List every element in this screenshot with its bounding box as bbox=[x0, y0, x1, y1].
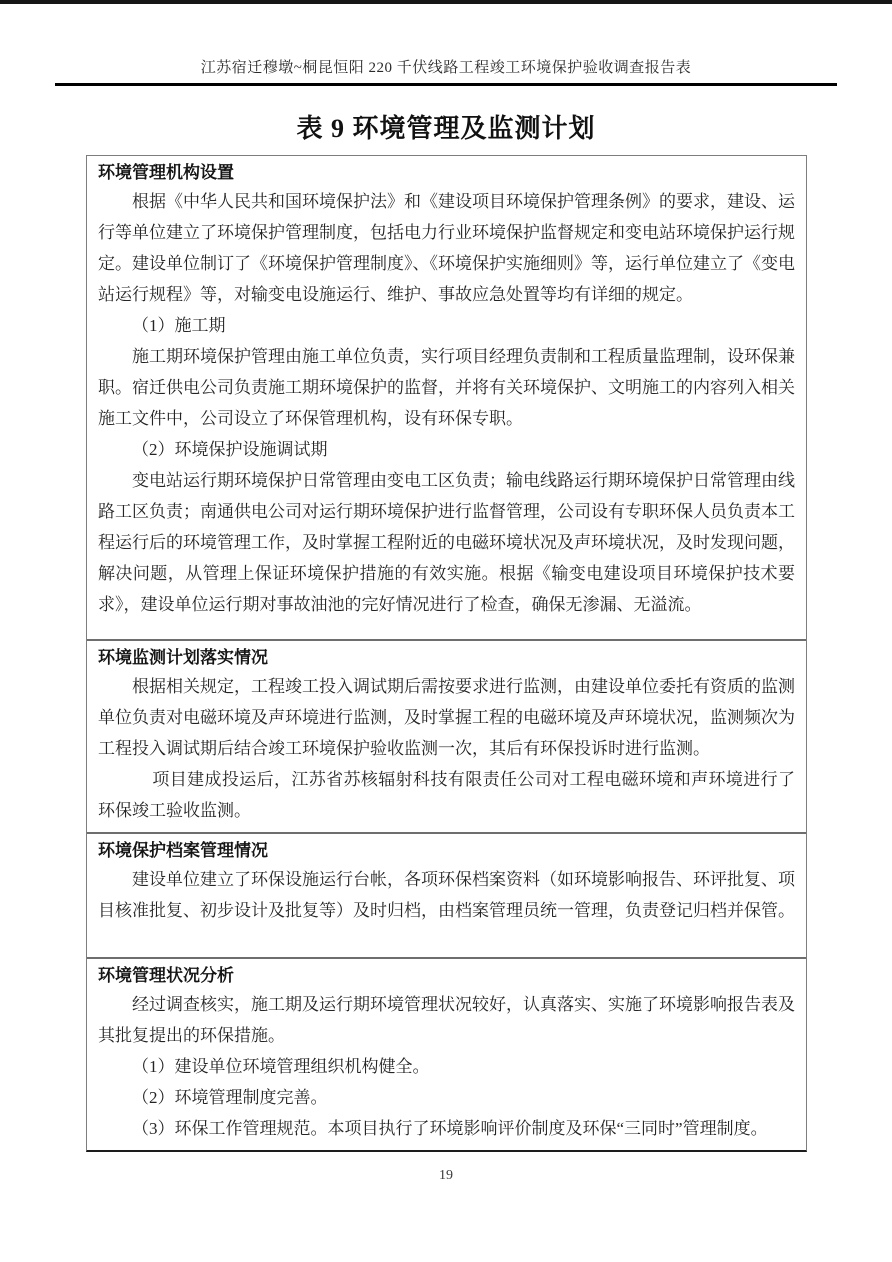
paragraph: （1）建设单位环境管理组织机构健全。 bbox=[98, 1051, 795, 1082]
section-header: 环境监测计划落实情况 bbox=[98, 645, 795, 671]
section-archive-management: 环境保护档案管理情况 建设单位建立了环保设施运行台帐，各项环保档案资料（如环境影… bbox=[87, 832, 806, 957]
paragraph: 根据《中华人民共和国环境保护法》和《建设项目环境保护管理条例》的要求，建设、运行… bbox=[98, 186, 795, 310]
scan-edge-strip bbox=[0, 0, 892, 4]
section-header: 环境管理状况分析 bbox=[98, 963, 795, 989]
section-monitoring-plan: 环境监测计划落实情况 根据相关规定，工程竣工投入调试期后需按要求进行监测，由建设… bbox=[87, 639, 806, 832]
section-header: 环境管理机构设置 bbox=[98, 160, 795, 186]
paragraph: 变电站运行期环境保护日常管理由变电工区负责；输电线路运行期环境保护日常管理由线路… bbox=[98, 465, 795, 620]
page-number: 19 bbox=[0, 1168, 892, 1184]
document-page: 江苏宿迁穆墩~桐昆恒阳 220 千伏线路工程竣工环境保护验收调查报告表 表 9 … bbox=[0, 0, 892, 1262]
paragraph: 根据相关规定，工程竣工投入调试期后需按要求进行监测，由建设单位委托有资质的监测单… bbox=[98, 671, 795, 764]
paragraph: （1）施工期 bbox=[98, 310, 795, 341]
page-title: 表 9 环境管理及监测计划 bbox=[0, 108, 892, 145]
section-header: 环境保护档案管理情况 bbox=[98, 838, 795, 864]
paragraph: （3）环保工作管理规范。本项目执行了环境影响评价制度及环保“三同时”管理制度。 bbox=[98, 1113, 795, 1144]
paragraph: 建设单位建立了环保设施运行台帐，各项环保档案资料（如环境影响报告、环评批复、项目… bbox=[98, 864, 795, 926]
paragraph: 施工期环境保护管理由施工单位负责，实行项目经理负责制和工程质量监理制，设环保兼职… bbox=[98, 341, 795, 434]
document-header-title: 江苏宿迁穆墩~桐昆恒阳 220 千伏线路工程竣工环境保护验收调查报告表 bbox=[55, 56, 837, 86]
paragraph: （2）环境保护设施调试期 bbox=[98, 434, 795, 465]
paragraph: （2）环境管理制度完善。 bbox=[98, 1082, 795, 1113]
paragraph: 经过调查核实，施工期及运行期环境管理状况较好，认真落实、实施了环境影响报告表及其… bbox=[98, 989, 795, 1051]
report-table: 环境管理机构设置 根据《中华人民共和国环境保护法》和《建设项目环境保护管理条例》… bbox=[86, 155, 807, 1152]
paragraph: 项目建成投运后，江苏省苏核辐射科技有限责任公司对工程电磁环境和声环境进行了环保竣… bbox=[98, 764, 795, 826]
section-env-management-setup: 环境管理机构设置 根据《中华人民共和国环境保护法》和《建设项目环境保护管理条例》… bbox=[87, 156, 806, 639]
section-management-analysis: 环境管理状况分析 经过调查核实，施工期及运行期环境管理状况较好，认真落实、实施了… bbox=[87, 957, 806, 1150]
